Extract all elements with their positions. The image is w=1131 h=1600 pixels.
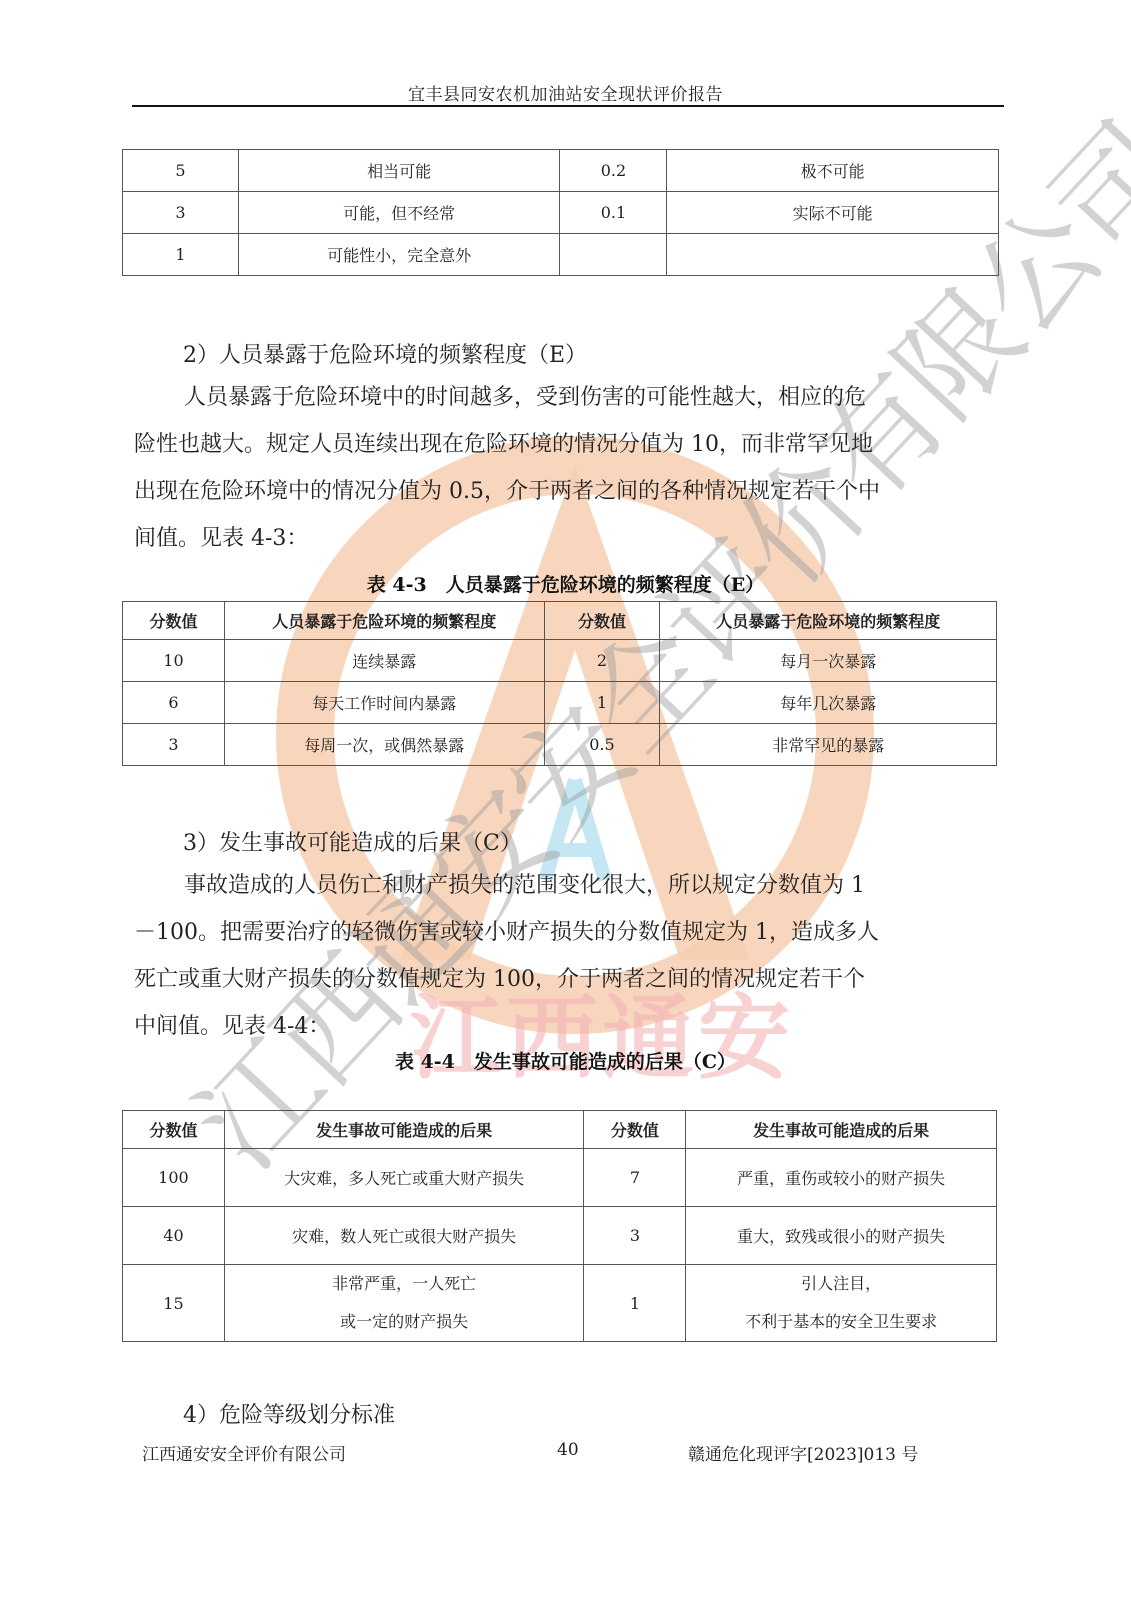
description-cell: 极不可能: [667, 150, 999, 192]
table-4-4-accident-consequence: 分数值 发生事故可能造成的后果 分数值 发生事故可能造成的后果 100 大灾难，…: [122, 1110, 997, 1342]
score-cell: 10: [123, 640, 225, 682]
paragraph-line: 险性也越大。规定人员连续出现在危险环境的情况分值为 10，而非常罕见地: [134, 421, 994, 468]
column-header: 分数值: [123, 1111, 225, 1149]
score-cell: 7: [584, 1149, 686, 1207]
score-cell: 0.5: [544, 724, 660, 766]
description-cell: [667, 234, 999, 276]
table-row: 1 可能性小，完全意外: [123, 234, 999, 276]
table-row: 3 可能，但不经常 0.1 实际不可能: [123, 192, 999, 234]
table-likelihood-continued: 5 相当可能 0.2 极不可能 3 可能，但不经常 0.1 实际不可能 1 可能…: [122, 149, 999, 276]
description-line: 不利于基本的安全卫生要求: [686, 1303, 996, 1341]
description-line: 引人注目，: [686, 1265, 996, 1303]
description-cell: 非常严重，一人死亡 或一定的财产损失: [224, 1265, 584, 1342]
score-cell: [560, 234, 667, 276]
table-row: 5 相当可能 0.2 极不可能: [123, 150, 999, 192]
column-header: 发生事故可能造成的后果: [224, 1111, 584, 1149]
score-cell: 1: [584, 1265, 686, 1342]
column-header: 分数值: [584, 1111, 686, 1149]
description-cell: 相当可能: [238, 150, 560, 192]
description-cell: 连续暴露: [224, 640, 544, 682]
description-cell: 引人注目， 不利于基本的安全卫生要求: [686, 1265, 997, 1342]
table-4-3-exposure-frequency: 分数值 人员暴露于危险环境的频繁程度 分数值 人员暴露于危险环境的频繁程度 10…: [122, 601, 997, 766]
column-header: 发生事故可能造成的后果: [686, 1111, 997, 1149]
description-cell: 可能，但不经常: [238, 192, 560, 234]
paragraph-line: 间值。见表 4-3：: [134, 515, 994, 562]
footer-doc-number: 赣通危化现评字[2023]013 号: [688, 1440, 918, 1465]
score-cell: 1: [123, 234, 239, 276]
paragraph-line: 出现在危险环境中的情况分值为 0.5，介于两者之间的各种情况规定若干个中: [134, 468, 994, 515]
description-cell: 大灾难，多人死亡或重大财产损失: [224, 1149, 584, 1207]
paragraph-line: 事故造成的人员伤亡和财产损失的范围变化很大，所以规定分数值为 1: [134, 862, 994, 909]
description-cell: 重大，致残或很小的财产损失: [686, 1207, 997, 1265]
report-header-title: 宜丰县同安农机加油站安全现状评价报告: [0, 80, 1131, 105]
score-cell: 6: [123, 682, 225, 724]
section-heading-risk-grade: 4）危险等级划分标准: [183, 1398, 395, 1429]
table-caption-4-4: 表 4-4 发生事故可能造成的后果（C）: [0, 1047, 1131, 1074]
column-header: 人员暴露于危险环境的频繁程度: [660, 602, 997, 640]
score-cell: 3: [123, 724, 225, 766]
description-cell: 每月一次暴露: [660, 640, 997, 682]
table-row: 3 每周一次，或偶然暴露 0.5 非常罕见的暴露: [123, 724, 997, 766]
table-header-row: 分数值 发生事故可能造成的后果 分数值 发生事故可能造成的后果: [123, 1111, 997, 1149]
paragraph-consequence: 事故造成的人员伤亡和财产损失的范围变化很大，所以规定分数值为 1 －100。把需…: [134, 862, 994, 1050]
paragraph-line: 人员暴露于危险环境中的时间越多，受到伤害的可能性越大，相应的危: [134, 374, 994, 421]
description-cell: 每天工作时间内暴露: [224, 682, 544, 724]
score-cell: 0.2: [560, 150, 667, 192]
score-cell: 3: [123, 192, 239, 234]
description-cell: 灾难，数人死亡或很大财产损失: [224, 1207, 584, 1265]
description-line: 或一定的财产损失: [225, 1303, 584, 1341]
table-row: 10 连续暴露 2 每月一次暴露: [123, 640, 997, 682]
score-cell: 3: [584, 1207, 686, 1265]
table-header-row: 分数值 人员暴露于危险环境的频繁程度 分数值 人员暴露于危险环境的频繁程度: [123, 602, 997, 640]
paragraph-line: 死亡或重大财产损失的分数值规定为 100，介于两者之间的情况规定若干个: [134, 956, 994, 1003]
document-page: 江西通安安全评价有限公司 江西通安 宜丰县同安农机加油站安全现状评价报告 5 相…: [0, 0, 1131, 1600]
table-caption-4-3: 表 4-3 人员暴露于危险环境的频繁程度（E）: [0, 570, 1131, 597]
section-heading-exposure: 2）人员暴露于危险环境的频繁程度（E）: [183, 338, 587, 369]
description-cell: 可能性小，完全意外: [238, 234, 560, 276]
column-header: 分数值: [123, 602, 225, 640]
section-heading-consequence: 3）发生事故可能造成的后果（C）: [183, 826, 522, 857]
description-line: 非常严重，一人死亡: [225, 1265, 584, 1303]
description-cell: 严重，重伤或较小的财产损失: [686, 1149, 997, 1207]
table-row: 15 非常严重，一人死亡 或一定的财产损失 1 引人注目， 不利于基本的安全卫生…: [123, 1265, 997, 1342]
header-divider: [132, 105, 1004, 107]
description-cell: 非常罕见的暴露: [660, 724, 997, 766]
score-cell: 1: [544, 682, 660, 724]
table-row: 100 大灾难，多人死亡或重大财产损失 7 严重，重伤或较小的财产损失: [123, 1149, 997, 1207]
description-cell: 实际不可能: [667, 192, 999, 234]
column-header: 人员暴露于危险环境的频繁程度: [224, 602, 544, 640]
description-cell: 每年几次暴露: [660, 682, 997, 724]
description-cell: 每周一次，或偶然暴露: [224, 724, 544, 766]
table-row: 40 灾难，数人死亡或很大财产损失 3 重大，致残或很小的财产损失: [123, 1207, 997, 1265]
score-cell: 2: [544, 640, 660, 682]
paragraph-line: 中间值。见表 4-4：: [134, 1003, 994, 1050]
footer-company: 江西通安安全评价有限公司: [142, 1440, 346, 1465]
table-row: 6 每天工作时间内暴露 1 每年几次暴露: [123, 682, 997, 724]
score-cell: 0.1: [560, 192, 667, 234]
score-cell: 15: [123, 1265, 225, 1342]
paragraph-line: －100。把需要治疗的轻微伤害或较小财产损失的分数值规定为 1，造成多人: [134, 909, 994, 956]
score-cell: 5: [123, 150, 239, 192]
score-cell: 40: [123, 1207, 225, 1265]
footer-page-number: 40: [557, 1440, 579, 1460]
score-cell: 100: [123, 1149, 225, 1207]
paragraph-exposure: 人员暴露于危险环境中的时间越多，受到伤害的可能性越大，相应的危 险性也越大。规定…: [134, 374, 994, 562]
column-header: 分数值: [544, 602, 660, 640]
